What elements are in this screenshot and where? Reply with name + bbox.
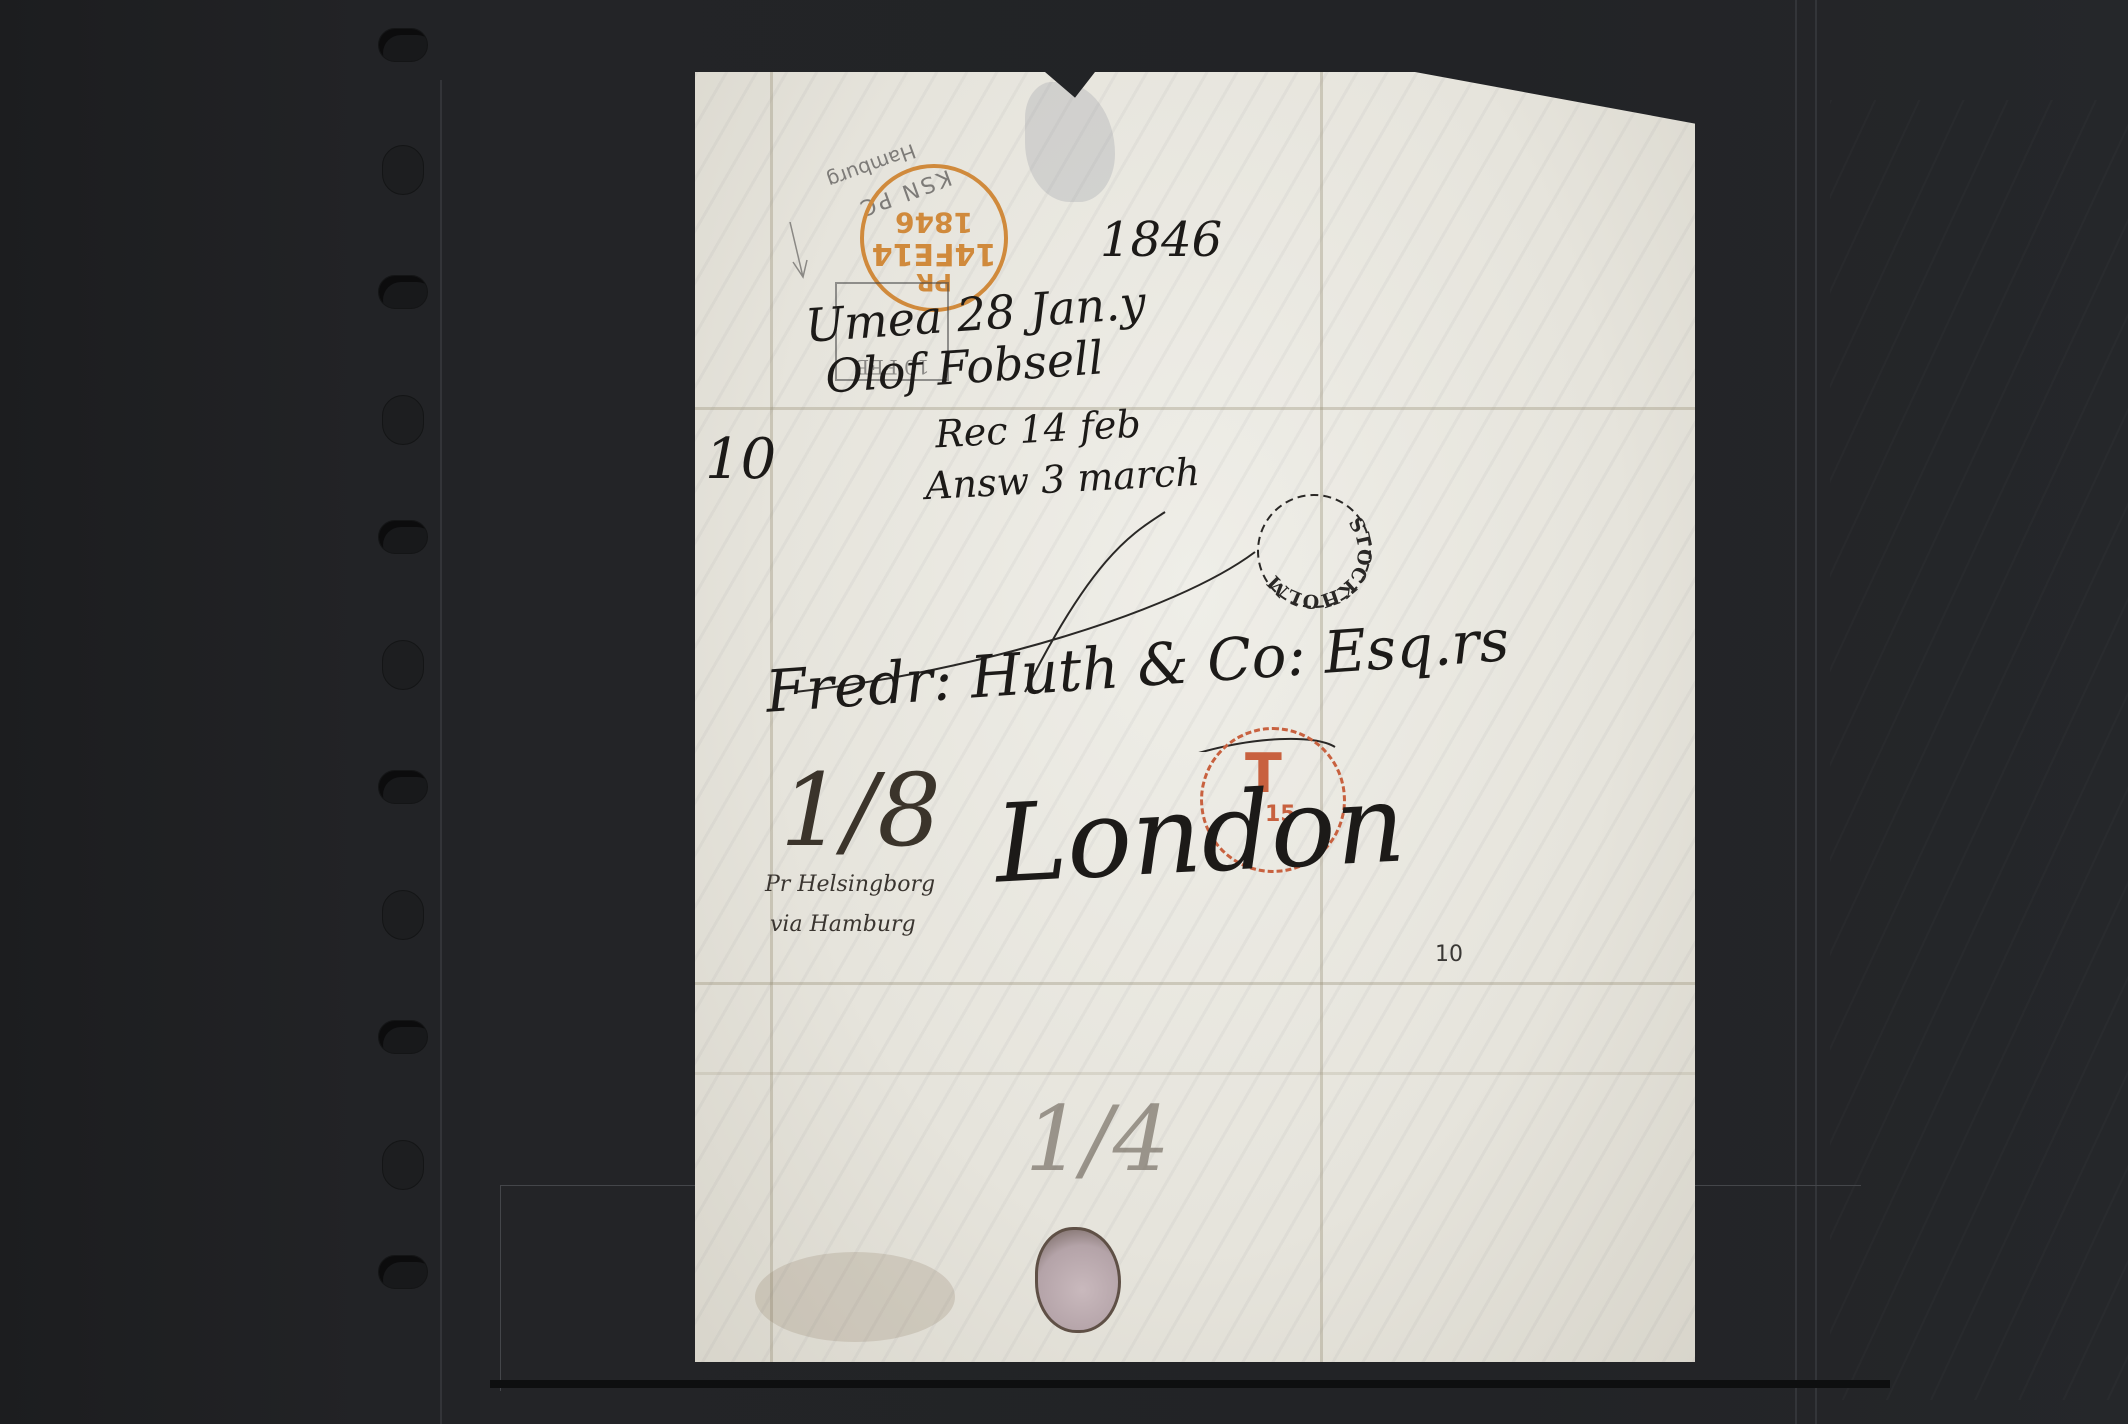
fold-line xyxy=(695,982,1695,985)
binder-hole xyxy=(378,520,428,554)
postal-cover: Hamburg KSN PC PR 14FE14 1846 10 FEB 184… xyxy=(695,72,1695,1362)
binder-hole xyxy=(382,395,424,445)
docket-line3: Rec 14 feb xyxy=(934,402,1142,457)
cds-line2: 14FE14 xyxy=(864,237,1004,269)
binder-hole xyxy=(378,1020,428,1054)
docket-year: 1846 xyxy=(1100,212,1222,268)
cds-line3: 1846 xyxy=(864,208,1004,237)
binder-hole xyxy=(382,145,424,195)
binder-hole xyxy=(378,28,428,62)
binder-hole xyxy=(378,275,428,309)
paper-tear xyxy=(1025,82,1115,202)
fold-line xyxy=(695,1072,1695,1075)
fold-line xyxy=(695,407,1695,410)
address-city: London xyxy=(992,761,1408,907)
binder-hole xyxy=(382,640,424,690)
binder-hole xyxy=(378,1255,428,1289)
sleeve-edge xyxy=(440,80,442,1424)
sleeve-rail xyxy=(490,1380,1890,1388)
pencil-arrow-icon xyxy=(785,222,815,282)
binder-hole xyxy=(378,770,428,804)
route-note-line2: via Hamburg xyxy=(770,912,916,937)
age-stain xyxy=(755,1252,955,1342)
binder-hole xyxy=(382,890,424,940)
pencil-note-10: 10 xyxy=(1435,942,1463,967)
wax-seal-remnant xyxy=(1035,1227,1121,1333)
back-rate-mark: 1/4 xyxy=(1025,1087,1170,1192)
rate-mark-10: 10 xyxy=(705,427,776,492)
route-note-line1: Pr Helsingborg xyxy=(765,872,935,897)
binder-strip xyxy=(360,0,480,1424)
sleeve-scratches xyxy=(1830,100,2128,1400)
postage-due-mark: 1/8 xyxy=(780,752,941,869)
binder-hole xyxy=(382,1140,424,1190)
